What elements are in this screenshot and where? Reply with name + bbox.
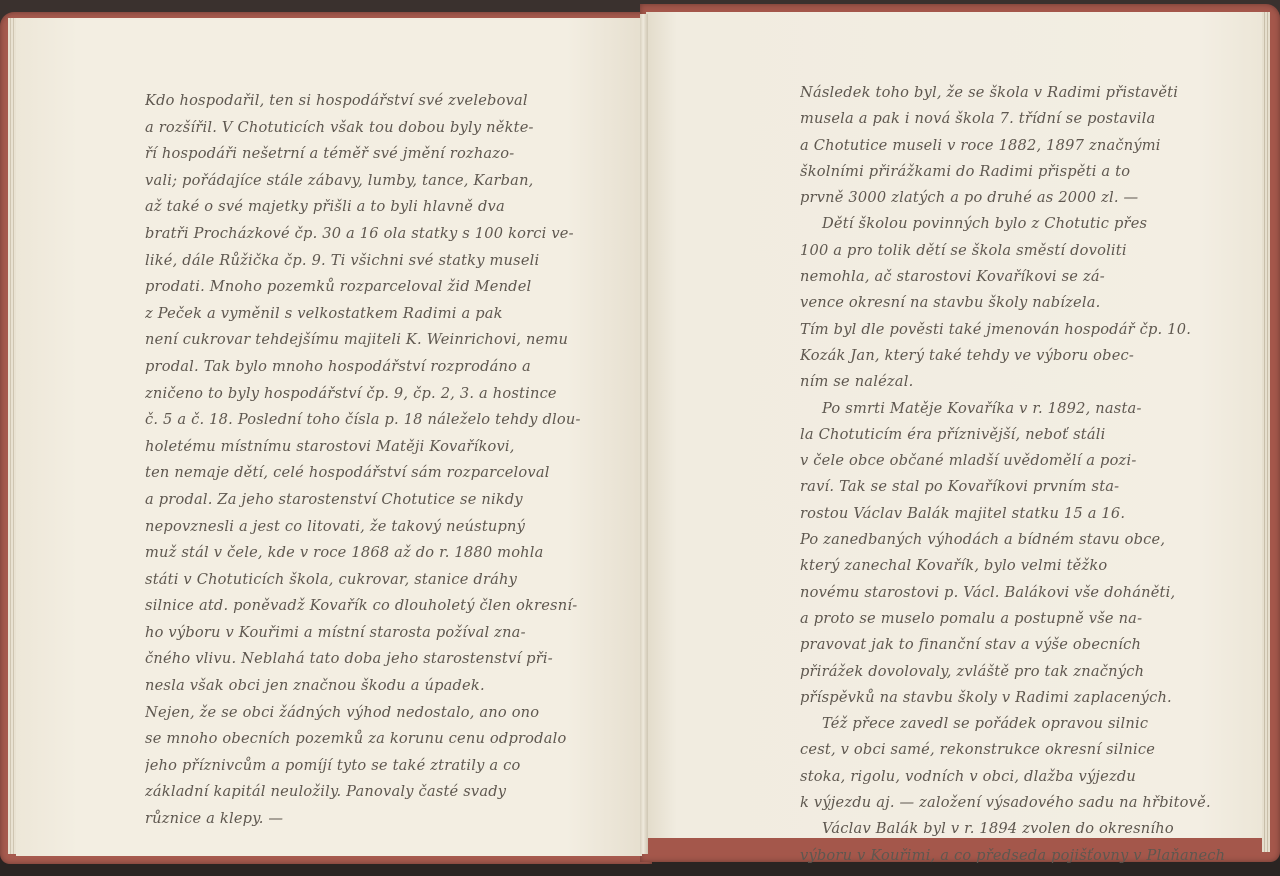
text-line: se mnoho obecních pozemků za korunu cenu… [145, 726, 615, 753]
text-line: ří hospodáři nešetrní a téměř své jmění … [145, 141, 615, 168]
text-line: Tím byl dle pověsti také jmenován hospod… [800, 317, 1245, 343]
text-line: ten nemaje dětí, celé hospodářství sám r… [145, 460, 615, 487]
text-line: stoka, rigolu, vodních v obci, dlažba vý… [800, 764, 1245, 790]
text-line: a prodal. Za jeho starostenství Chotutic… [145, 487, 615, 514]
text-line: přirážek dovolovaly, zvláště pro tak zna… [800, 659, 1245, 685]
text-line: Dětí školou povinných bylo z Chotutic př… [800, 211, 1245, 237]
text-line: Též přece zavedl se pořádek opravou siln… [800, 711, 1245, 737]
text-line: nepovznesli a jest co litovati, že takov… [145, 514, 615, 541]
right-page-text: Následek toho byl, že se škola v Radimi … [800, 80, 1245, 869]
text-line: prodal. Tak bylo mnoho hospodářství rozp… [145, 354, 615, 381]
text-line: státi v Chotuticích škola, cukrovar, sta… [145, 567, 615, 594]
text-line: jeho příznivcům a pomíjí tyto se také zt… [145, 753, 615, 780]
text-line: z Peček a vyměnil s velkostatkem Radimi … [145, 301, 615, 328]
text-line: raví. Tak se stal po Kovaříkovi prvním s… [800, 474, 1245, 500]
text-line: Následek toho byl, že se škola v Radimi … [800, 80, 1245, 106]
page-edges-right [1262, 12, 1270, 852]
text-line: Kozák Jan, který také tehdy ve výboru ob… [800, 343, 1245, 369]
text-line: výboru v Kouřimi, a co předseda pojišťov… [800, 843, 1245, 869]
text-line: v čele obce občané mladší uvědomělí a po… [800, 448, 1245, 474]
text-line: prodati. Mnoho pozemků rozparceloval žid… [145, 274, 615, 301]
text-line: ho výboru v Kouřimi a místní starosta po… [145, 620, 615, 647]
text-line: pravovat jak to finanční stav a výše obe… [800, 632, 1245, 658]
text-line: cest, v obci samé, rekonstrukce okresní … [800, 737, 1245, 763]
text-line: který zanechal Kovařík, bylo velmi těžko [800, 553, 1245, 579]
text-line: rostou Václav Balák majitel statku 15 a … [800, 501, 1245, 527]
text-line: příspěvků na stavbu školy v Radimi zapla… [800, 685, 1245, 711]
text-line: nemohla, ač starostovi Kovaříkovi se zá- [800, 264, 1245, 290]
text-line: č. 5 a č. 18. Poslední toho čísla p. 18 … [145, 407, 615, 434]
text-line: není cukrovar tehdejšímu majiteli K. Wei… [145, 327, 615, 354]
text-line: Kdo hospodařil, ten si hospodářství své … [145, 88, 615, 115]
text-line: Nejen, že se obci žádných výhod nedostal… [145, 700, 615, 727]
text-line: silnice atd. poněvadž Kovařík co dlouhol… [145, 593, 615, 620]
text-line: různice a klepy. — [145, 806, 615, 833]
text-line: a Chotutice museli v roce 1882, 1897 zna… [800, 133, 1245, 159]
text-line: až také o své majetky přišli a to byli h… [145, 194, 615, 221]
text-line: vence okresní na stavbu školy nabízela. [800, 290, 1245, 316]
scan-background: Kdo hospodařil, ten si hospodářství své … [0, 0, 1280, 876]
text-line: musela a pak i nová škola 7. třídní se p… [800, 106, 1245, 132]
text-line: základní kapitál neuložily. Panovaly čas… [145, 779, 615, 806]
text-line: a rozšířil. V Chotuticích však tou dobou… [145, 115, 615, 142]
text-line: novému starostovi p. Václ. Balákovi vše … [800, 580, 1245, 606]
text-line: k výjezdu aj. — založení výsadového sadu… [800, 790, 1245, 816]
text-line: vali; pořádajíce stále zábavy, lumby, ta… [145, 168, 615, 195]
book-gutter [640, 14, 648, 854]
text-line: 100 a pro tolik dětí se škola směstí dov… [800, 238, 1245, 264]
text-line: muž stál v čele, kde v roce 1868 až do r… [145, 540, 615, 567]
text-line: ním se nalézal. [800, 369, 1245, 395]
text-line: Po zanedbaných výhodách a bídném stavu o… [800, 527, 1245, 553]
text-line: la Chotuticím éra příznivější, neboť stá… [800, 422, 1245, 448]
text-line: Po smrti Matěje Kovaříka v r. 1892, nast… [800, 396, 1245, 422]
text-line: a proto se muselo pomalu a postupně vše … [800, 606, 1245, 632]
text-line: holetému místnímu starostovi Matěji Kova… [145, 434, 615, 461]
text-line: bratři Procházkové čp. 30 a 16 ola statk… [145, 221, 615, 248]
text-line: prvně 3000 zlatých a po druhé as 2000 zl… [800, 185, 1245, 211]
text-line: školními přirážkami do Radimi přispěti a… [800, 159, 1245, 185]
text-line: Václav Balák byl v r. 1894 zvolen do okr… [800, 816, 1245, 842]
left-page-text: Kdo hospodařil, ten si hospodářství své … [145, 88, 615, 833]
text-line: liké, dále Růžička čp. 9. Ti všichni své… [145, 248, 615, 275]
text-line: nesla však obci jen značnou škodu a úpad… [145, 673, 615, 700]
text-line: zničeno to byly hospodářství čp. 9, čp. … [145, 381, 615, 408]
text-line: čného vlivu. Neblahá tato doba jeho star… [145, 646, 615, 673]
